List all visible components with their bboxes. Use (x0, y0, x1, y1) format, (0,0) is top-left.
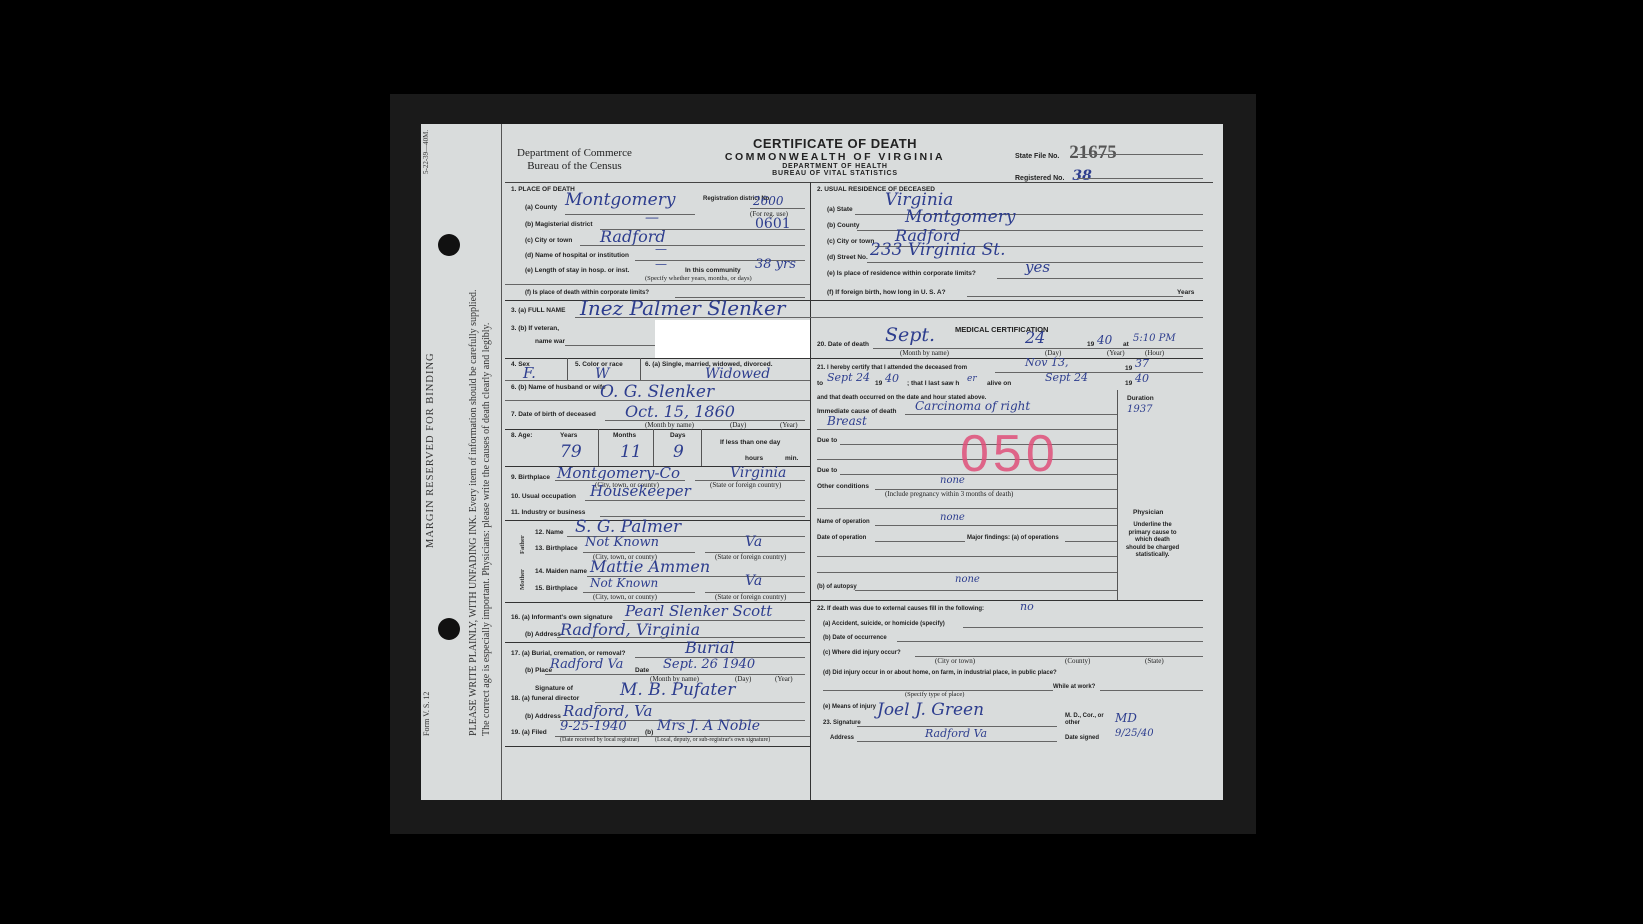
informant-signature-field[interactable]: Pearl Slenker Scott (625, 602, 772, 620)
mother-birthstate-field[interactable]: Va (745, 573, 762, 589)
physician-address-field[interactable]: Radford Va (925, 727, 987, 740)
hospital-field[interactable]: — (655, 242, 667, 256)
death-year-field[interactable]: 40 (1097, 333, 1112, 347)
mother-name-field[interactable]: Mattie Ammen (590, 557, 710, 576)
external-causes-field[interactable]: no (1020, 600, 1034, 613)
mother-birthplace-field[interactable]: Not Known (590, 576, 658, 590)
attended-to-field[interactable]: Sept 24 (827, 371, 870, 384)
father-name-field[interactable]: S. G. Palmer (575, 517, 681, 537)
birthplace-state-field[interactable]: Virginia (730, 465, 786, 481)
burial-place-field[interactable]: Radford Va (550, 657, 623, 672)
death-certificate: Form V. S. 12 5-22-39—40M. MARGIN RESERV… (421, 124, 1223, 800)
dept-health: DEPARTMENT OF HEALTH (705, 163, 965, 170)
print-code: 5-22-39—40M. (422, 130, 430, 174)
residence-corporate-field[interactable]: yes (1025, 258, 1050, 276)
death-month-field[interactable]: Sept. (885, 324, 935, 346)
autopsy-field[interactable]: none (955, 574, 980, 585)
instructions-line-2: The correct age is especially important.… (481, 323, 492, 736)
funeral-director-field[interactable]: M. B. Pufater (620, 680, 735, 700)
duration-field[interactable]: 1937 (1127, 404, 1152, 415)
last-saw-pronoun[interactable]: er (967, 374, 977, 384)
death-county-field[interactable]: Montgomery (565, 190, 675, 210)
dept-block: Department of Commerce Bureau of the Cen… (517, 147, 632, 173)
spouse-field[interactable]: O. G. Slenker (600, 382, 714, 402)
alive-on-field[interactable]: Sept 24 (1045, 371, 1088, 384)
stay-field[interactable]: — (655, 257, 667, 271)
death-time-field[interactable]: 5:10 PM (1133, 333, 1176, 344)
dept-line-2: Bureau of the Census (517, 160, 632, 173)
burial-type-field[interactable]: Burial (685, 638, 734, 657)
certificate-title: CERTIFICATE OF DEATH (705, 136, 965, 151)
death-day-field[interactable]: 24 (1025, 328, 1045, 347)
punch-hole-top (438, 234, 460, 256)
immediate-cause-line2[interactable]: Breast (827, 414, 867, 428)
attended-from-field[interactable]: Nov 13, (1025, 356, 1068, 369)
operation-field[interactable]: none (940, 512, 965, 523)
funeral-address-field[interactable]: Radford, Va (563, 702, 652, 720)
dept-line-1: Department of Commerce (517, 147, 632, 160)
registrar-signature-field[interactable]: Mrs J. A Noble (657, 718, 760, 734)
dob-field[interactable]: Oct. 15, 1860 (625, 402, 735, 421)
state-file-number: State File No. 21675 (1015, 142, 1117, 164)
punch-hole-bottom (438, 618, 460, 640)
father-birthplace-field[interactable]: Not Known (585, 535, 659, 550)
binding-note: MARGIN RESERVED FOR BINDING (425, 352, 436, 548)
title-block: CERTIFICATE OF DEATH COMMONWEALTH OF VIR… (705, 136, 965, 177)
physician-note: Underline the primary cause to which dea… (1125, 522, 1180, 560)
age-months-field[interactable]: 11 (620, 442, 642, 462)
attended-from-year[interactable]: 37 (1135, 357, 1149, 370)
age-days-field[interactable]: 9 (673, 442, 684, 462)
form-number: Form V. S. 12 (422, 692, 431, 736)
redacted-region (655, 320, 810, 358)
burial-date-field[interactable]: Sept. 26 1940 (663, 657, 755, 672)
occupation-field[interactable]: Housekeeper (590, 482, 691, 500)
other-conditions-field[interactable]: none (940, 475, 965, 486)
date-signed-field[interactable]: 9/25/40 (1115, 728, 1154, 739)
magisterial-field[interactable]: — (645, 210, 659, 226)
commonwealth: COMMONWEALTH OF VIRGINIA (705, 151, 965, 163)
immediate-cause-field[interactable]: Carcinoma of right (915, 399, 1030, 413)
form-body: Department of Commerce Bureau of the Cen… (505, 124, 1213, 800)
alive-on-year[interactable]: 40 (1135, 372, 1149, 385)
registered-number: Registered No. 38 (1015, 168, 1092, 184)
filed-date-field[interactable]: 9-25-1940 (560, 719, 627, 734)
residence-county-field[interactable]: Montgomery (905, 207, 1015, 227)
father-birthstate-field[interactable]: Va (745, 534, 762, 550)
binding-margin: Form V. S. 12 5-22-39—40M. MARGIN RESERV… (421, 124, 502, 800)
age-years-field[interactable]: 79 (560, 442, 582, 462)
attended-to-year[interactable]: 40 (885, 372, 899, 385)
certificate-header: Department of Commerce Bureau of the Cen… (505, 124, 1213, 183)
community-field[interactable]: 38 yrs (755, 257, 796, 272)
stamp-code: 050 (960, 424, 1059, 484)
physician-signature-field[interactable]: Joel J. Green (877, 700, 984, 720)
reg-district-field[interactable]: 2600 (753, 194, 784, 208)
street-field[interactable]: 233 Virginia St. (870, 240, 1006, 260)
instructions-line-1: PLEASE WRITE PLAINLY, WITH UNFADING INK.… (468, 289, 479, 736)
md-field[interactable]: MD (1115, 711, 1137, 725)
bureau-vital: BUREAU OF VITAL STATISTICS (705, 170, 965, 177)
